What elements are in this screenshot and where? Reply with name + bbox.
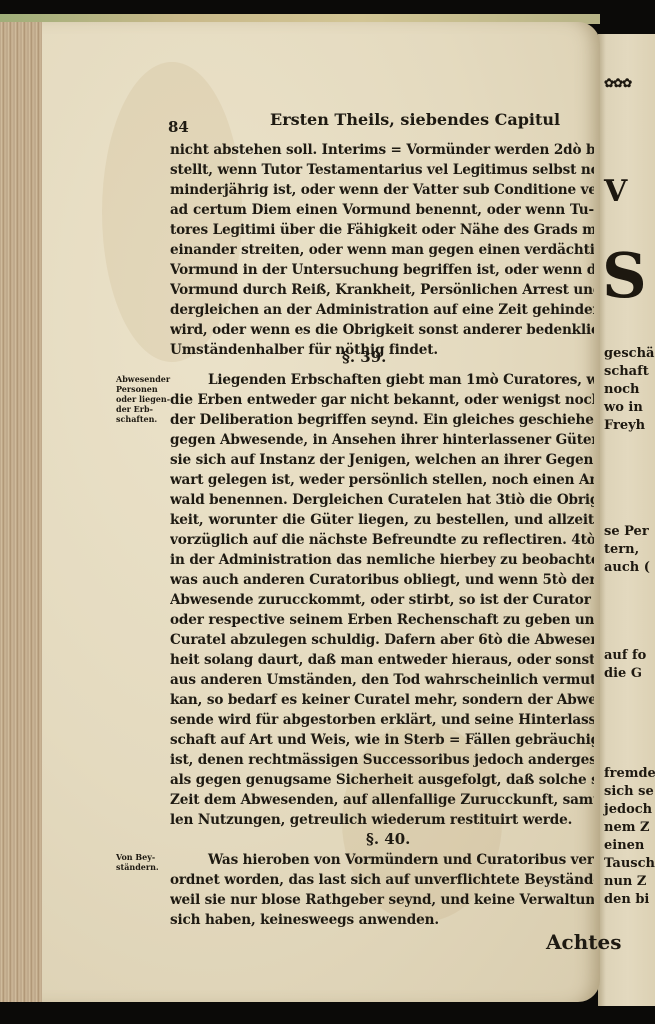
facing-line: den bi xyxy=(604,892,649,907)
facing-line: schaft xyxy=(604,364,649,379)
text-line: Vormund in der Untersuchung begriffen is… xyxy=(170,260,594,280)
facing-line: jedoch xyxy=(604,802,652,817)
text-line: einander streiten, oder wenn man gegen e… xyxy=(170,240,594,260)
text-line: wald benennen. Dergleichen Curatelen hat… xyxy=(170,490,594,510)
facing-line: nem Z xyxy=(604,820,650,835)
facing-line: wo in xyxy=(604,400,643,415)
text-line: minderjährig ist, oder wenn der Vatter s… xyxy=(170,180,594,200)
text-line: stellt, wenn Tutor Testamentarius vel Le… xyxy=(170,160,594,180)
facing-line: geschä xyxy=(604,346,654,361)
section-heading: §. 39. xyxy=(342,348,386,366)
text-line: Vormund durch Reiß, Krankheit, Persönlic… xyxy=(170,280,594,300)
facing-line: noch xyxy=(604,382,640,397)
facing-line: se Per xyxy=(604,524,649,539)
text-line: schaft auf Art und Weis, wie in Sterb = … xyxy=(170,730,594,750)
facing-line: nun Z xyxy=(604,874,646,889)
text-line: aus anderen Umständen, den Tod wahrschei… xyxy=(170,670,594,690)
text-line: ist, denen rechtmässigen Successoribus j… xyxy=(170,750,594,770)
text-line: wart gelegen ist, weder persönlich stell… xyxy=(170,470,594,490)
text-line: sie sich auf Instanz der Jenigen, welche… xyxy=(170,450,594,470)
text-line: Curatel abzulegen schuldig. Dafern aber … xyxy=(170,630,594,650)
facing-letter: V xyxy=(604,174,627,209)
text-line: dergleichen an der Administration auf ei… xyxy=(170,300,594,320)
facing-line: einen xyxy=(604,838,644,853)
text-line: gegen Abwesende, in Ansehen ihrer hinter… xyxy=(170,430,594,450)
text-line: sende wird für abgestorben erklärt, und … xyxy=(170,710,594,730)
text-line: die Erben entweder gar nicht bekannt, od… xyxy=(170,390,594,410)
text-line: der Deliberation begriffen seynd. Ein gl… xyxy=(170,410,594,430)
text-line: Abwesende zurucckommt, oder stirbt, so i… xyxy=(170,590,594,610)
margin-note: Abwesender Personen oder liegen- der Erb… xyxy=(116,374,170,424)
facing-page-edge: ✿✿✿ V S geschä schaft noch wo in Freyh s… xyxy=(598,34,655,1006)
page-stack-edge xyxy=(0,22,45,1002)
text-line: tores Legitimi über die Fähigkeit oder N… xyxy=(170,220,594,240)
text-line: keit, worunter die Güter liegen, zu best… xyxy=(170,510,594,530)
catchword: Achtes xyxy=(546,930,621,954)
facing-line: Tausch xyxy=(604,856,655,871)
text-line: sich haben, keinesweegs anwenden. xyxy=(170,910,594,930)
text-line: Zeit dem Abwesenden, auf allenfallige Zu… xyxy=(170,790,594,810)
facing-line: auf fo xyxy=(604,648,646,663)
text-line: was auch anderen Curatoribus obliegt, un… xyxy=(170,570,594,590)
text-line: heit solang daurt, daß man entweder hier… xyxy=(170,650,594,670)
text-line: ad certum Diem einen Vormund benennt, od… xyxy=(170,200,594,220)
drop-cap: S xyxy=(602,239,647,312)
facing-line: sich se xyxy=(604,784,654,799)
facing-line: Freyh xyxy=(604,418,645,433)
text-line: wird, oder wenn es die Obrigkeit sonst a… xyxy=(170,320,594,340)
text-line: ordnet worden, das last sich auf unverfl… xyxy=(170,870,594,890)
margin-note: Von Bey- ständern. xyxy=(116,852,159,872)
text-line: als gegen genugsame Sicherheit ausgefolg… xyxy=(170,770,594,790)
text-line: Liegenden Erbschaften giebt man 1mò Cura… xyxy=(170,370,594,390)
text-line: vorzüglich auf die nächste Befreundte zu… xyxy=(170,530,594,550)
text-line: oder respective seinem Erben Rechenschaf… xyxy=(170,610,594,630)
running-head: Ersten Theils, siebendes Capitul xyxy=(270,110,560,129)
text-line: weil sie nur blose Rathgeber seynd, und … xyxy=(170,890,594,910)
text-line: kan, so bedarf es keiner Curatel mehr, s… xyxy=(170,690,594,710)
facing-line: tern, xyxy=(604,542,639,557)
text-line: Was hieroben von Vormündern und Curatori… xyxy=(170,850,594,870)
text-line: in der Administration das nemliche hierb… xyxy=(170,550,594,570)
text-line: nicht abstehen soll. Interims = Vormünde… xyxy=(170,140,594,160)
text-line: len Nutzungen, getreulich wiederum resti… xyxy=(170,810,594,830)
facing-line: fremde xyxy=(604,766,655,781)
facing-line: die G xyxy=(604,666,642,681)
facing-line: auch ( xyxy=(604,560,650,575)
page-number: 84 xyxy=(168,118,189,136)
section-heading: §. 40. xyxy=(366,830,410,848)
ornament: ✿✿✿ xyxy=(604,76,631,90)
